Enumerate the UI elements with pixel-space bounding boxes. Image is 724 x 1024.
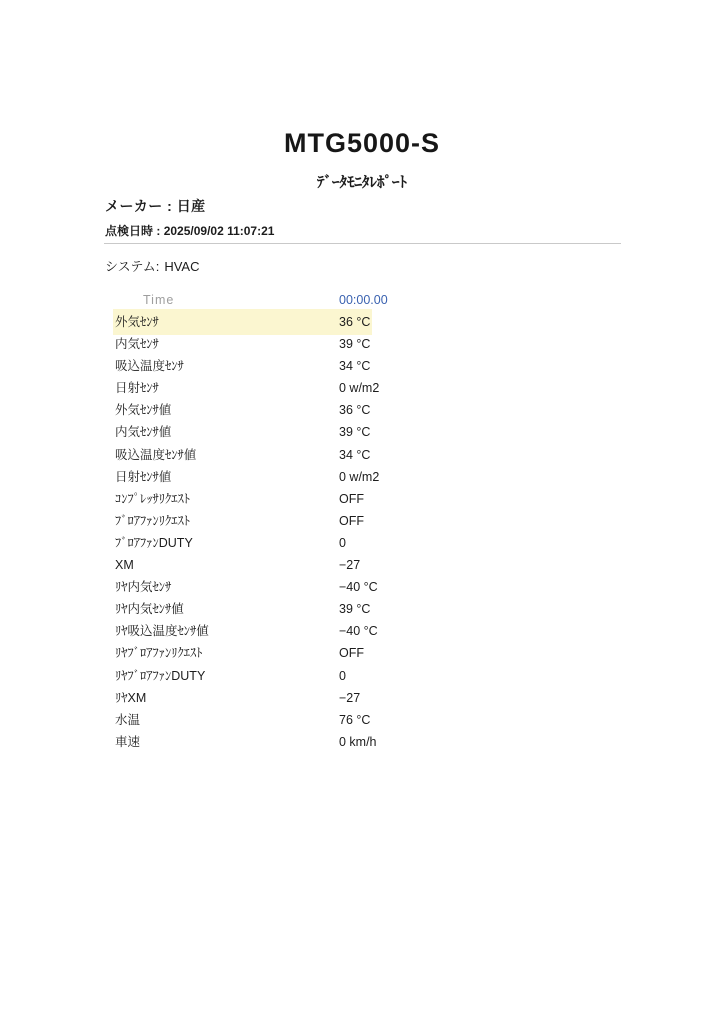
row-label: 吸込温度ｾﾝｻ (115, 355, 339, 377)
monitor-row: 内気ｾﾝｻ値 39 °C (115, 421, 615, 443)
monitor-row: ﾌﾞﾛｱﾌｧﾝDUTY 0 (115, 532, 615, 554)
row-label: ﾘﾔXM (115, 687, 339, 709)
inspection-separator: : (153, 224, 164, 238)
system-label: システム: (105, 259, 159, 274)
row-value: 39 °C (339, 598, 370, 620)
monitor-row: 内気ｾﾝｻ 39 °C (115, 333, 615, 355)
monitor-row: XM −27 (115, 554, 615, 576)
row-label: ﾌﾞﾛｱﾌｧﾝﾘｸｴｽﾄ (115, 510, 339, 532)
row-value: 0 (339, 532, 346, 554)
row-label: ﾘﾔﾌﾞﾛｱﾌｧﾝDUTY (115, 665, 339, 687)
monitor-row: ﾘﾔ内気ｾﾝｻ値 39 °C (115, 598, 615, 620)
monitor-row: ﾘﾔ吸込温度ｾﾝｻ値 −40 °C (115, 620, 615, 642)
monitor-row: ﾘﾔXM −27 (115, 687, 615, 709)
row-label: ﾘﾔ吸込温度ｾﾝｻ値 (115, 620, 339, 642)
row-value: −27 (339, 687, 360, 709)
row-value: 0 w/m2 (339, 466, 379, 488)
monitor-row: ﾘﾔﾌﾞﾛｱﾌｧﾝDUTY 0 (115, 665, 615, 687)
maker-value: 日産 (177, 198, 206, 214)
inspection-datetime-line: 点検日時 : 2025/09/02 11:07:21 (105, 222, 274, 239)
horizontal-divider (104, 243, 621, 244)
row-label: 外気ｾﾝｻ (115, 311, 339, 333)
monitor-row: 外気ｾﾝｻ 36 °C (115, 311, 615, 333)
system-line: システム:HVAC (105, 256, 199, 275)
monitor-row: 日射ｾﾝｻ 0 w/m2 (115, 377, 615, 399)
monitor-row: ｺﾝﾌﾟﾚｯｻﾘｸｴｽﾄ OFF (115, 488, 615, 510)
row-value: 39 °C (339, 333, 370, 355)
system-value: HVAC (164, 259, 199, 274)
maker-label: メーカー (105, 198, 163, 214)
row-value: 34 °C (339, 444, 370, 466)
row-label: 車速 (115, 731, 339, 753)
monitor-row: 吸込温度ｾﾝｻ 34 °C (115, 355, 615, 377)
page-subtitle: ﾃﾞｰﾀﾓﾆﾀﾚﾎﾟｰﾄ (0, 171, 724, 192)
row-value: −27 (339, 554, 360, 576)
row-label: 内気ｾﾝｻ (115, 333, 339, 355)
inspection-value: 2025/09/02 11:07:21 (164, 224, 275, 238)
inspection-label: 点検日時 (105, 224, 153, 238)
monitor-row: ﾘﾔ内気ｾﾝｻ −40 °C (115, 576, 615, 598)
monitor-row: ﾘﾔﾌﾞﾛｱﾌｧﾝﾘｸｴｽﾄ OFF (115, 642, 615, 664)
row-value: OFF (339, 488, 364, 510)
row-value: 36 °C (339, 311, 370, 333)
report-page: MTG5000-S ﾃﾞｰﾀﾓﾆﾀﾚﾎﾟｰﾄ メーカー : 日産 点検日時 : … (0, 0, 724, 1024)
row-value: 39 °C (339, 421, 370, 443)
data-monitor-table: Time 00:00.00 外気ｾﾝｻ 36 °C 内気ｾﾝｻ 39 °C 吸込… (115, 289, 615, 753)
row-value: 0 km/h (339, 731, 377, 753)
page-title: MTG5000-S (0, 128, 724, 159)
time-header-row: Time 00:00.00 (115, 289, 615, 311)
monitor-rows: 外気ｾﾝｻ 36 °C 内気ｾﾝｻ 39 °C 吸込温度ｾﾝｻ 34 °C 日射… (115, 311, 615, 753)
row-label: 日射ｾﾝｻ (115, 377, 339, 399)
row-label: ﾘﾔ内気ｾﾝｻ値 (115, 598, 339, 620)
row-label: 外気ｾﾝｻ値 (115, 399, 339, 421)
row-value: 76 °C (339, 709, 370, 731)
row-value: −40 °C (339, 620, 378, 642)
monitor-row: 外気ｾﾝｻ値 36 °C (115, 399, 615, 421)
monitor-row: 吸込温度ｾﾝｻ値 34 °C (115, 444, 615, 466)
row-label: ﾘﾔﾌﾞﾛｱﾌｧﾝﾘｸｴｽﾄ (115, 642, 339, 664)
row-value: 0 (339, 665, 346, 687)
monitor-row: 車速 0 km/h (115, 731, 615, 753)
row-value: 0 w/m2 (339, 377, 379, 399)
monitor-row: 水温 76 °C (115, 709, 615, 731)
time-header-value: 00:00.00 (339, 289, 388, 311)
row-value: 36 °C (339, 399, 370, 421)
row-value: 34 °C (339, 355, 370, 377)
row-value: OFF (339, 642, 364, 664)
monitor-row: ﾌﾞﾛｱﾌｧﾝﾘｸｴｽﾄ OFF (115, 510, 615, 532)
row-label: ﾘﾔ内気ｾﾝｻ (115, 576, 339, 598)
row-label: 吸込温度ｾﾝｻ値 (115, 444, 339, 466)
maker-line: メーカー : 日産 (105, 196, 206, 216)
row-label: 水温 (115, 709, 339, 731)
time-header-label: Time (115, 289, 339, 311)
row-label: 内気ｾﾝｻ値 (115, 421, 339, 443)
row-label: ﾌﾞﾛｱﾌｧﾝDUTY (115, 532, 339, 554)
row-label: XM (115, 554, 339, 576)
row-value: −40 °C (339, 576, 378, 598)
row-label: 日射ｾﾝｻ値 (115, 466, 339, 488)
maker-separator: : (163, 198, 177, 214)
row-label: ｺﾝﾌﾟﾚｯｻﾘｸｴｽﾄ (115, 488, 339, 510)
monitor-row: 日射ｾﾝｻ値 0 w/m2 (115, 466, 615, 488)
row-value: OFF (339, 510, 364, 532)
